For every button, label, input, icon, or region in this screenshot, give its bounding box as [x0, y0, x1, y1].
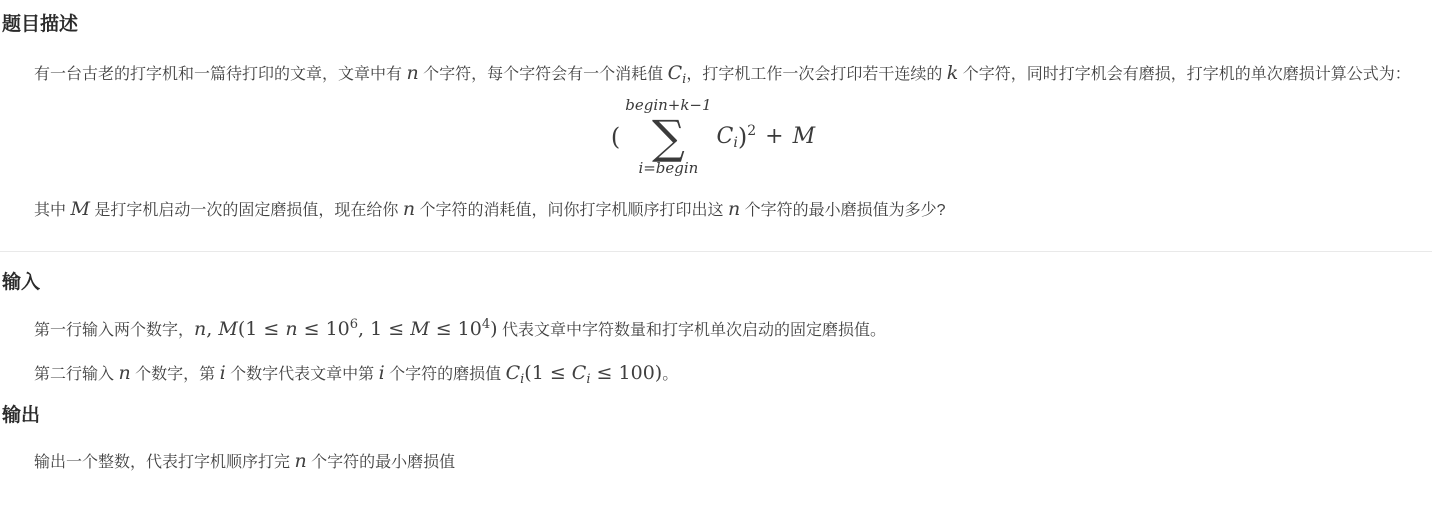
sigma-symbol: ∑: [652, 114, 685, 160]
text-run: 是打字机启动一次的固定磨损值，现在给你: [90, 202, 403, 219]
text-run: 。: [662, 366, 678, 383]
input-paragraph: 第二行输入 n 个数字，第 i 个数字代表文章中第 i 个字符的磨损值 Ci(1…: [2, 357, 1424, 391]
section-heading-input: 输入: [2, 272, 1424, 295]
text-run: 第一行输入两个数字，: [34, 322, 194, 339]
math-var-n: n: [406, 62, 418, 84]
math-constraint: , 1 ≤: [358, 318, 410, 340]
text-run: 个字符的磨损值: [385, 366, 506, 383]
text-run: 代表文章中字符数量和打字机单次启动的固定磨损值。: [498, 322, 886, 339]
text-run: 有一台古老的打字机和一篇待打印的文章，文章中有: [34, 66, 406, 83]
math-var-c-base: C: [506, 362, 521, 384]
sum-lower-limit: i=begin: [638, 160, 698, 177]
math-var-m: M: [410, 318, 429, 340]
math-constraint: ≤ 10: [298, 318, 350, 340]
text-run: 个字符的消耗值，问你打字机顺序打印出这: [415, 202, 728, 219]
math-constraint: (1 ≤: [524, 362, 572, 384]
math-var-ci: Ci: [668, 62, 687, 84]
formula-close-squared: )2: [738, 123, 756, 151]
math-close-paren: ): [490, 318, 497, 340]
math-var-n: n: [285, 318, 297, 340]
math-var-n: n: [118, 362, 130, 384]
math-punct: ,: [206, 318, 218, 340]
text-run: 个字符的最小磨损值: [307, 454, 455, 471]
math-exponent: 6: [350, 317, 358, 332]
text-run: 个字符，每个字符会有一个消耗值: [419, 66, 668, 83]
math-var-ci: Ci: [506, 362, 525, 384]
math-var-n: n: [403, 198, 415, 220]
section-heading-description: 题目描述: [2, 14, 1424, 37]
math-var-ci: Ci: [572, 362, 591, 384]
formula-term-ci: Ci: [717, 124, 738, 149]
math-var-k: k: [947, 62, 959, 84]
formula-exponent: 2: [747, 123, 756, 139]
math-constraint: ≤ 10: [430, 318, 482, 340]
section-heading-output: 输出: [2, 405, 1424, 428]
math-var-c-base: C: [668, 62, 683, 84]
math-constraint: (1 ≤: [238, 318, 286, 340]
text-run: 第二行输入: [34, 366, 118, 383]
math-var-c-base: C: [572, 362, 587, 384]
math-exponent: 4: [482, 317, 490, 332]
text-run: 个数字代表文章中第: [226, 366, 379, 383]
output-paragraph: 输出一个整数，代表打字机顺序打完 n 个字符的最小磨损值: [2, 445, 1424, 479]
formula-open-paren: (: [611, 123, 620, 151]
math-var-n: n: [194, 318, 206, 340]
input-paragraph: 第一行输入两个数字，n, M(1 ≤ n ≤ 106, 1 ≤ M ≤ 104)…: [2, 313, 1424, 347]
text-run: 其中: [34, 202, 70, 219]
description-paragraph: 其中 M 是打字机启动一次的固定磨损值，现在给你 n 个字符的消耗值，问你打字机…: [2, 193, 1424, 227]
text-run: 个数字，第: [131, 366, 220, 383]
problem-statement-page: 题目描述 有一台古老的打字机和一篇待打印的文章，文章中有 n 个字符，每个字符会…: [0, 0, 1432, 507]
text-run: 个字符的最小磨损值为多少?: [740, 202, 945, 219]
math-var-m: M: [70, 198, 89, 220]
text-run: 输出一个整数，代表打字机顺序打完: [34, 454, 294, 471]
math-var-m: M: [793, 124, 816, 149]
plus-operator: +: [765, 124, 783, 149]
wear-formula: ( begin+k−1 ∑ i=begin Ci )2 + M: [2, 95, 1424, 179]
math-constraint: ≤ 100): [591, 362, 663, 384]
math-var-c-base: C: [717, 124, 734, 149]
formula-close-paren: ): [738, 123, 747, 151]
math-var-m: M: [218, 318, 237, 340]
text-run: ，打字机工作一次会打印若干连续的: [686, 66, 946, 83]
math-var-n: n: [294, 450, 306, 472]
description-paragraph: 有一台古老的打字机和一篇待打印的文章，文章中有 n 个字符，每个字符会有一个消耗…: [2, 57, 1424, 91]
section-divider: [0, 251, 1432, 252]
text-run: 个字符，同时打字机会有磨损，打字机的单次磨损计算公式为：: [958, 66, 1410, 83]
summation: begin+k−1 ∑ i=begin: [625, 97, 711, 178]
math-var-n: n: [728, 198, 740, 220]
